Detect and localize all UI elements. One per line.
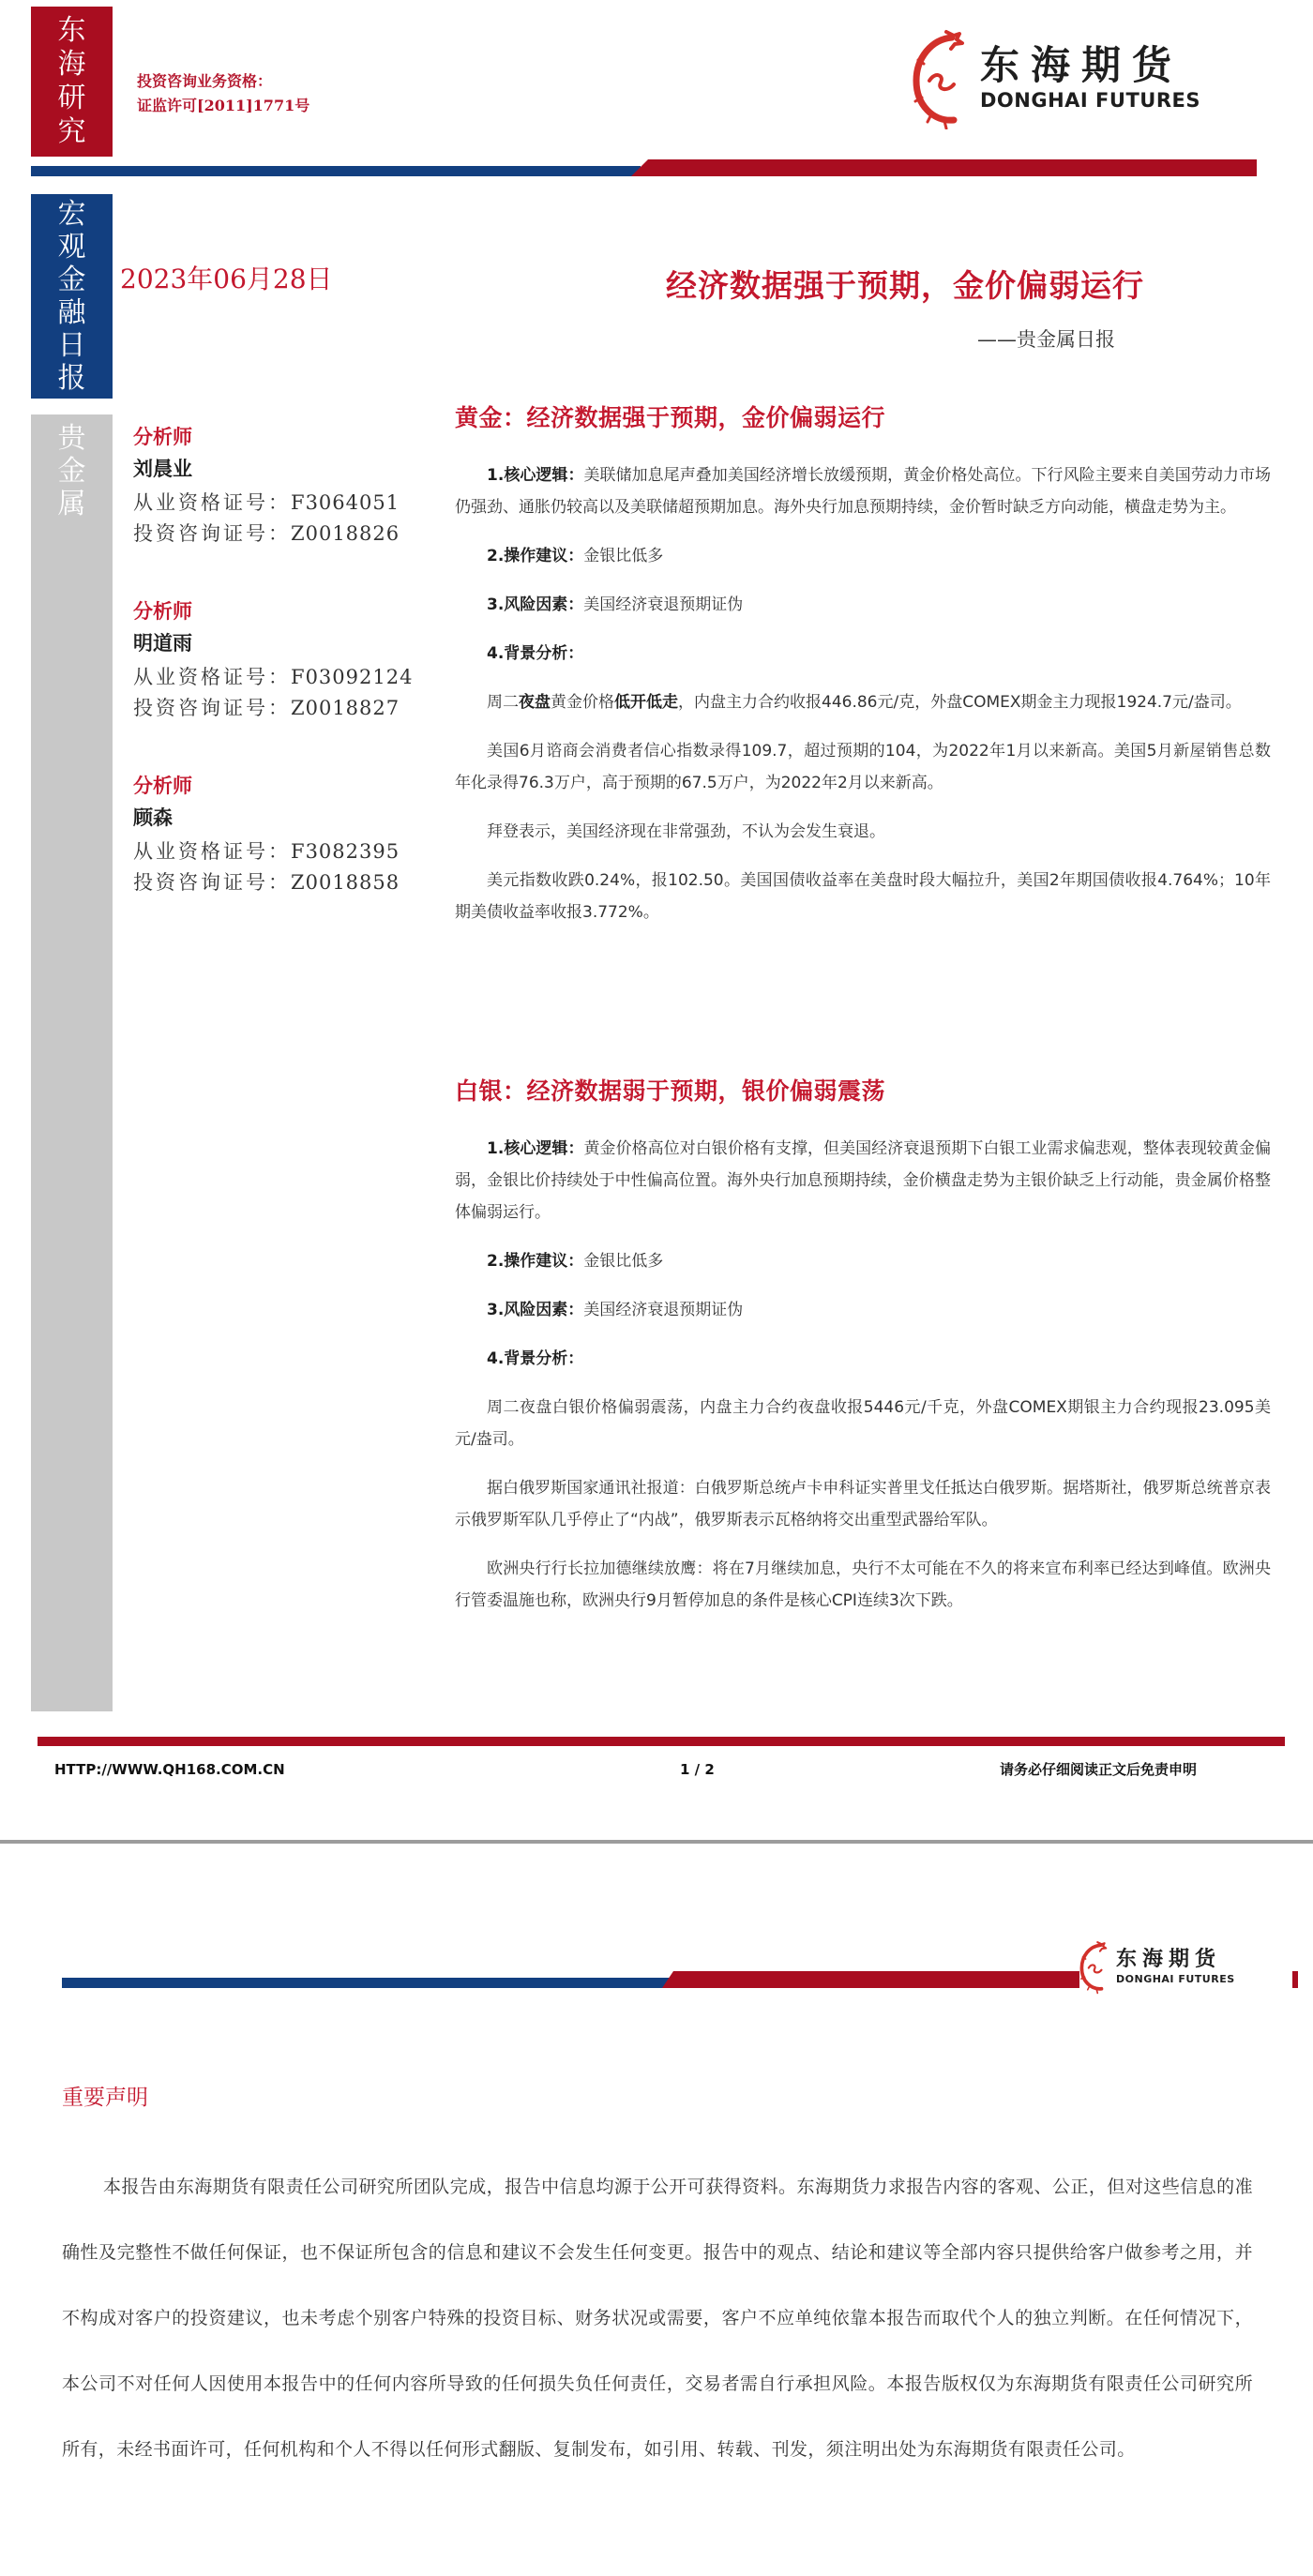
silver-risk: 3.风险因素：美国经济衰退预期证伪 [455,1294,1271,1326]
dragon-logo-icon [1075,1937,1110,1996]
footer-url-link[interactable]: HTTP://WWW.QH168.COM.CN [54,1760,285,1779]
analyst-role: 分析师 [133,773,443,799]
silver-heading: 白银：经济数据弱于预期，银价偏弱震荡 [455,1077,1271,1107]
page2-header-bar-blue [62,1978,672,1988]
qualification-number: 从业资格证号：F03092124 [133,662,443,693]
footer-bar [38,1737,1285,1746]
gold-background-p1: 周二夜盘黄金价格低开低走，内盘主力合约收报446.86元/克，外盘COMEX期金… [455,686,1271,718]
footer-disclaimer-notice: 请务必仔细阅读正文后免责申明 [1000,1760,1197,1779]
brand-char: 海 [58,48,86,82]
analyst-role: 分析师 [133,598,443,625]
investment-advisory-number: 投资咨询证号：Z0018858 [133,867,443,898]
analyst-name: 顾森 [133,799,443,836]
page2-company-logo: 东海期货 DONGHAI FUTURES [1075,1937,1235,1996]
gold-advice: 2.操作建议：金银比低多 [455,540,1271,572]
gold-background-p3: 拜登表示，美国经济现在非常强劲，不认为会发生衰退。 [455,816,1271,848]
company-logo: 东海期货 DONGHAI FUTURES [903,26,1200,129]
sidebar-section-precious-metals: 贵 金 属 [31,414,113,1711]
category-char: 观 [58,231,86,264]
category-char: 融 [58,296,86,329]
logo-chinese-name: 东海期货 [980,43,1200,88]
silver-background-p1: 周二夜盘白银价格偏弱震荡，内盘主力合约夜盘收报5446元/千克，外盘COMEX期… [455,1392,1271,1455]
analyst-list: 分析师 刘晨业 从业资格证号：F3064051 投资咨询证号：Z0018826 … [133,424,443,947]
section-char: 贵 [58,422,86,455]
page-number: 1 / 2 [680,1760,715,1779]
qualification-number: 从业资格证号：F3082395 [133,836,443,867]
category-char: 宏 [58,198,86,231]
gold-background-p4: 美元指数收跌0.24%，报102.50。美国国债收益率在美盘时段大幅拉升，美国2… [455,865,1271,928]
report-date: 2023年06月28日 [120,263,333,296]
report-title: 经济数据强于预期，金价偏弱运行 [666,267,1144,305]
silver-background-label: 4.背景分析： [455,1343,1271,1375]
silver-section: 白银：经济数据弱于预期，银价偏弱震荡 1.核心逻辑：黄金价格高位对白银价格有支撑… [455,1077,1271,1617]
analyst-card: 分析师 顾森 从业资格证号：F3082395 投资咨询证号：Z0018858 [133,773,443,898]
license-label: 投资咨询业务资格： [137,69,309,94]
silver-background-p2: 据白俄罗斯国家通讯社报道：白俄罗斯总统卢卡申科证实普里戈任抵达白俄罗斯。据塔斯社… [455,1472,1271,1536]
category-char: 报 [58,362,86,395]
sidebar-category-macro-daily: 宏 观 金 融 日 报 [31,194,113,399]
category-char: 金 [58,264,86,296]
silver-advice: 2.操作建议：金银比低多 [455,1245,1271,1277]
analyst-role: 分析师 [133,424,443,450]
category-char: 日 [58,329,86,362]
gold-core-logic: 1.核心逻辑：美联储加息尾声叠加美国经济增长放缓预期，黄金价格处高位。下行风险主… [455,459,1271,523]
header-bar-blue [31,166,641,176]
page-separator [0,1840,1313,1844]
brand-char: 东 [58,14,86,48]
qualification-number: 从业资格证号：F3064051 [133,488,443,519]
report-subtitle: ——贵金属日报 [977,326,1115,353]
silver-core-logic: 1.核心逻辑：黄金价格高位对白银价格有支撑，但美国经济衰退预期下白银工业需求偏悲… [455,1133,1271,1228]
header-bar-red [631,159,1257,176]
investment-advisory-number: 投资咨询证号：Z0018827 [133,693,443,724]
license-number: 证监许可[2011]1771号 [137,94,309,118]
license-info: 投资咨询业务资格： 证监许可[2011]1771号 [137,69,309,118]
silver-background-p3: 欧洲央行行长拉加德继续放鹰：将在7月继续加息，央行不太可能在不久的将来宣布利率已… [455,1553,1271,1617]
logo-chinese-name: 东海期货 [1116,1947,1235,1973]
analyst-name: 明道雨 [133,625,443,662]
disclaimer-body: 本报告由东海期货有限责任公司研究所团队完成，报告中信息均源于公开可获得资料。东海… [62,2154,1253,2482]
gold-background-p2: 美国6月谘商会消费者信心指数录得109.7，超过预期的104，为2022年1月以… [455,735,1271,799]
logo-english-name: DONGHAI FUTURES [980,88,1200,113]
brand-box-donghai-research: 东 海 研 究 [31,7,113,157]
analyst-card: 分析师 明道雨 从业资格证号：F03092124 投资咨询证号：Z0018827 [133,598,443,724]
analyst-card: 分析师 刘晨业 从业资格证号：F3064051 投资咨询证号：Z0018826 [133,424,443,550]
brand-char: 研 [58,82,86,115]
investment-advisory-number: 投资咨询证号：Z0018826 [133,519,443,550]
gold-section: 黄金：经济数据强于预期，金价偏弱运行 1.核心逻辑：美联储加息尾声叠加美国经济增… [455,403,1271,928]
analyst-name: 刘晨业 [133,450,443,488]
section-char: 金 [58,455,86,488]
gold-risk: 3.风险因素：美国经济衰退预期证伪 [455,589,1271,621]
logo-english-name: DONGHAI FUTURES [1116,1973,1235,1986]
disclaimer-title: 重要声明 [62,2084,148,2112]
page2-header-bar-end [1292,1971,1298,1988]
section-char: 属 [58,488,86,520]
dragon-logo-icon [903,26,971,129]
gold-background-label: 4.背景分析： [455,638,1271,670]
gold-heading: 黄金：经济数据强于预期，金价偏弱运行 [455,403,1271,433]
page2-header-bar-red [662,1971,1079,1988]
brand-char: 究 [58,115,86,149]
